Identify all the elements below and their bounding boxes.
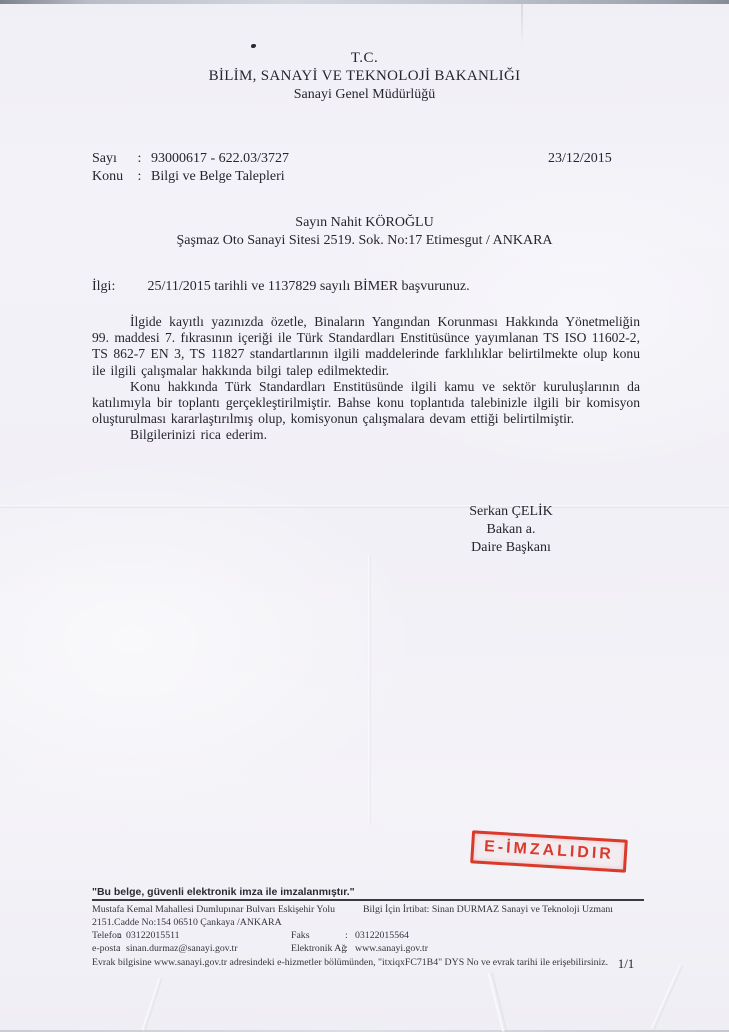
page-number: 1/1 — [606, 956, 646, 972]
footer-contact: Bilgi İçin İrtibat: Sinan DURMAZ Sanayi … — [363, 904, 613, 916]
letterhead: T.C. BİLİM, SANAYİ VE TEKNOLOJİ BAKANLIĞ… — [0, 50, 729, 103]
paper-crease-diagonal-center — [488, 972, 507, 1031]
signer-title-2: Daire Başkanı — [430, 539, 592, 557]
recipient-address: Şaşmaz Oto Sanayi Sitesi 2519. Sok. No:1… — [0, 232, 729, 250]
fax-value: 03122015564 — [355, 930, 409, 942]
letter-body: İlgide kayıtlı yazınızda özetle, Binalar… — [92, 314, 640, 444]
scanner-edge-top — [0, 0, 729, 4]
e-signature-stamp-text: E-İMZALIDIR — [484, 838, 615, 863]
web-colon: : — [345, 943, 348, 955]
recipient-block: Sayın Nahit KÖROĞLU Şaşmaz Oto Sanayi Si… — [0, 214, 729, 250]
verification-note: Evrak bilgisine www.sanayi.gov.tr adresi… — [92, 957, 644, 969]
phone-colon: : — [118, 930, 121, 942]
paper-crease-vertical-lower — [368, 555, 371, 825]
footer-address-line1: Mustafa Kemal Mahallesi Dumlupınar Bulva… — [92, 904, 335, 916]
fax-colon: : — [345, 930, 348, 942]
web-value: www.sanayi.gov.tr — [355, 943, 428, 955]
body-paragraph-2: Konu hakkında Türk Standardları Enstitüs… — [92, 379, 640, 428]
signature-block: Serkan ÇELİK Bakan a. Daire Başkanı — [430, 503, 592, 557]
e-signature-stamp: E-İMZALIDIR — [470, 830, 628, 872]
konu-row: Konu : Bilgi ve Belge Talepleri — [92, 168, 640, 186]
body-closing: Bilgilerinizi rica ederim. — [92, 427, 640, 443]
footer-address-contact-row: Mustafa Kemal Mahallesi Dumlupınar Bulva… — [92, 904, 644, 917]
signer-title-1: Bakan a. — [430, 521, 592, 539]
letterhead-directorate: Sanayi Genel Müdürlüğü — [0, 86, 729, 103]
paper-crease-diagonal-right — [651, 964, 683, 1030]
fax-label: Faks — [291, 930, 310, 942]
konu-value: Bilgi ve Belge Talepleri — [151, 168, 285, 186]
reference-label: İlgi: — [92, 279, 144, 295]
signer-name: Serkan ÇELİK — [430, 503, 592, 521]
footer-phone-fax-row: Telefon : 03122015511 Faks : 03122015564 — [92, 930, 644, 943]
sayi-label: Sayı — [92, 150, 134, 168]
footer-address-line2: 2151.Cadde No:154 06510 Çankaya /ANKARA — [92, 917, 282, 929]
email-label: e-posta — [92, 943, 120, 955]
footer-block: "Bu belge, güvenli elektronik imza ile i… — [92, 886, 644, 969]
email-colon: : — [118, 943, 121, 955]
scanned-letter-page: T.C. BİLİM, SANAYİ VE TEKNOLOJİ BAKANLIĞ… — [0, 0, 729, 1032]
paper-crease-vertical-top — [521, 4, 523, 46]
letterhead-state: T.C. — [0, 50, 729, 67]
reference-text: 25/11/2015 tarihli ve 1137829 sayılı BİM… — [148, 279, 470, 294]
ink-dot-artifact — [251, 44, 256, 48]
letterhead-ministry: BİLİM, SANAYİ VE TEKNOLOJİ BAKANLIĞI — [0, 68, 729, 85]
phone-value: 03122015511 — [126, 930, 180, 942]
recipient-name: Sayın Nahit KÖROĞLU — [0, 214, 729, 232]
body-paragraph-1: İlgide kayıtlı yazınızda özetle, Binalar… — [92, 314, 640, 379]
konu-label: Konu — [92, 168, 134, 186]
konu-colon: : — [138, 168, 148, 186]
sayi-colon: : — [138, 150, 148, 168]
document-date: 23/12/2015 — [548, 151, 612, 167]
email-value: sinan.durmaz@sanayi.gov.tr — [126, 943, 238, 955]
footer-email-web-row: e-posta : sinan.durmaz@sanayi.gov.tr Ele… — [92, 943, 644, 956]
web-label: Elektronik Ağ — [291, 943, 346, 955]
paper-crease-diagonal-left — [142, 978, 163, 1032]
paper-crease-horizontal — [0, 505, 729, 508]
reference-line: İlgi: 25/11/2015 tarihli ve 1137829 sayı… — [92, 279, 640, 295]
signature-notice: "Bu belge, güvenli elektronik imza ile i… — [92, 886, 644, 901]
footer-address-row2: 2151.Cadde No:154 06510 Çankaya /ANKARA — [92, 917, 644, 930]
sayi-value: 93000617 - 622.03/3727 — [151, 150, 289, 168]
